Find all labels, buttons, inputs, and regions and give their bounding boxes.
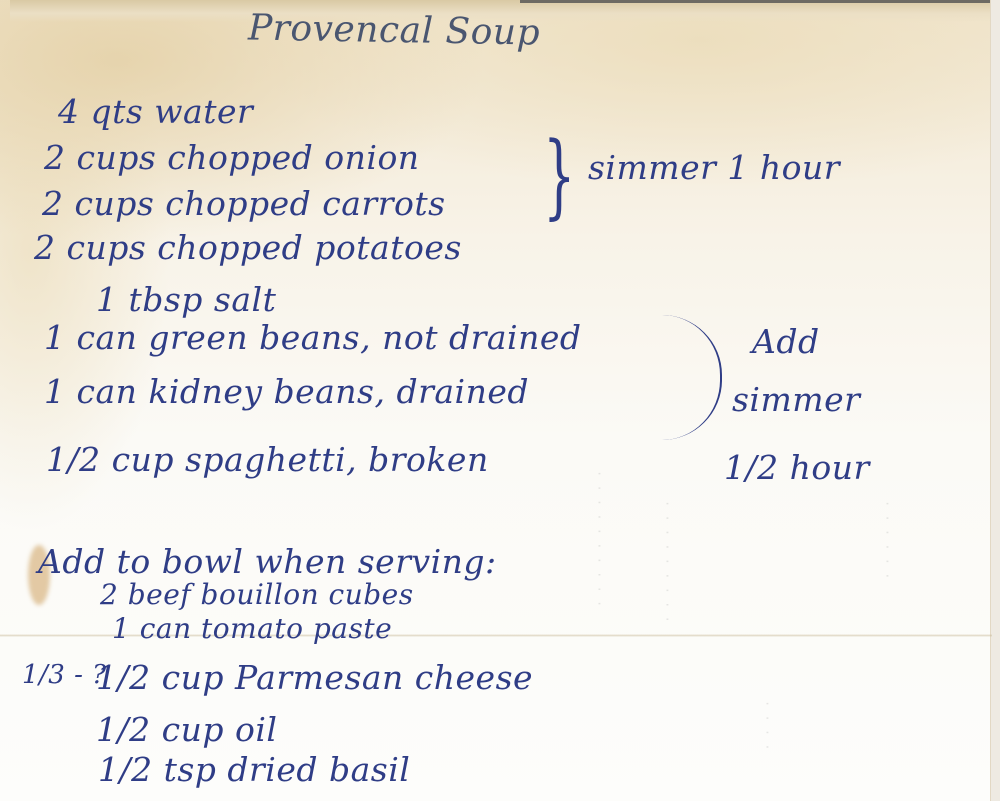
instruction-half-hour: 1/2 hour bbox=[724, 448, 870, 487]
ingredient-line: 1/2 cup oil bbox=[96, 710, 277, 749]
bleed-through-text: · · · · · · bbox=[880, 500, 894, 579]
ingredient-line: 2 cups chopped carrots bbox=[42, 184, 446, 223]
ingredient-line: 1/2 tsp dried basil bbox=[98, 750, 410, 789]
instruction-simmer: simmer bbox=[732, 380, 860, 419]
ingredient-line: 1/2 cup spaghetti, broken bbox=[46, 440, 489, 479]
instruction-simmer-1-hour: simmer 1 hour bbox=[588, 148, 840, 187]
bleed-through-text: · · · · · · · · · bbox=[660, 500, 674, 623]
instruction-add: Add bbox=[752, 322, 820, 361]
ingredient-line: 1 can tomato paste bbox=[112, 612, 392, 645]
ingredient-line: 1 tbsp salt bbox=[96, 280, 276, 319]
serving-heading: Add to bowl when serving: bbox=[38, 542, 497, 581]
ingredient-line: 1/2 cup Parmesan cheese bbox=[96, 658, 533, 697]
ingredient-line: 4 qts water bbox=[58, 92, 253, 131]
bleed-through-text: · · · · · · · · · · bbox=[592, 470, 606, 607]
ingredient-line: 1 can kidney beans, drained bbox=[44, 372, 529, 411]
ingredient-line: 2 cups chopped potatoes bbox=[34, 228, 462, 267]
ingredient-line: 2 beef bouillon cubes bbox=[100, 578, 414, 611]
recipe-title: Provencal Soup bbox=[248, 7, 541, 53]
ingredient-line: 2 cups chopped onion bbox=[44, 138, 420, 177]
margin-note: 1/3 - ? bbox=[22, 660, 107, 690]
paper-edge-shadow bbox=[520, 0, 990, 3]
ingredient-line: 1 can green beans, not drained bbox=[44, 318, 582, 357]
bleed-through-text: · · · · bbox=[760, 700, 774, 751]
brace-stage-1: } bbox=[543, 122, 575, 229]
paper-right-edge bbox=[990, 0, 1000, 801]
